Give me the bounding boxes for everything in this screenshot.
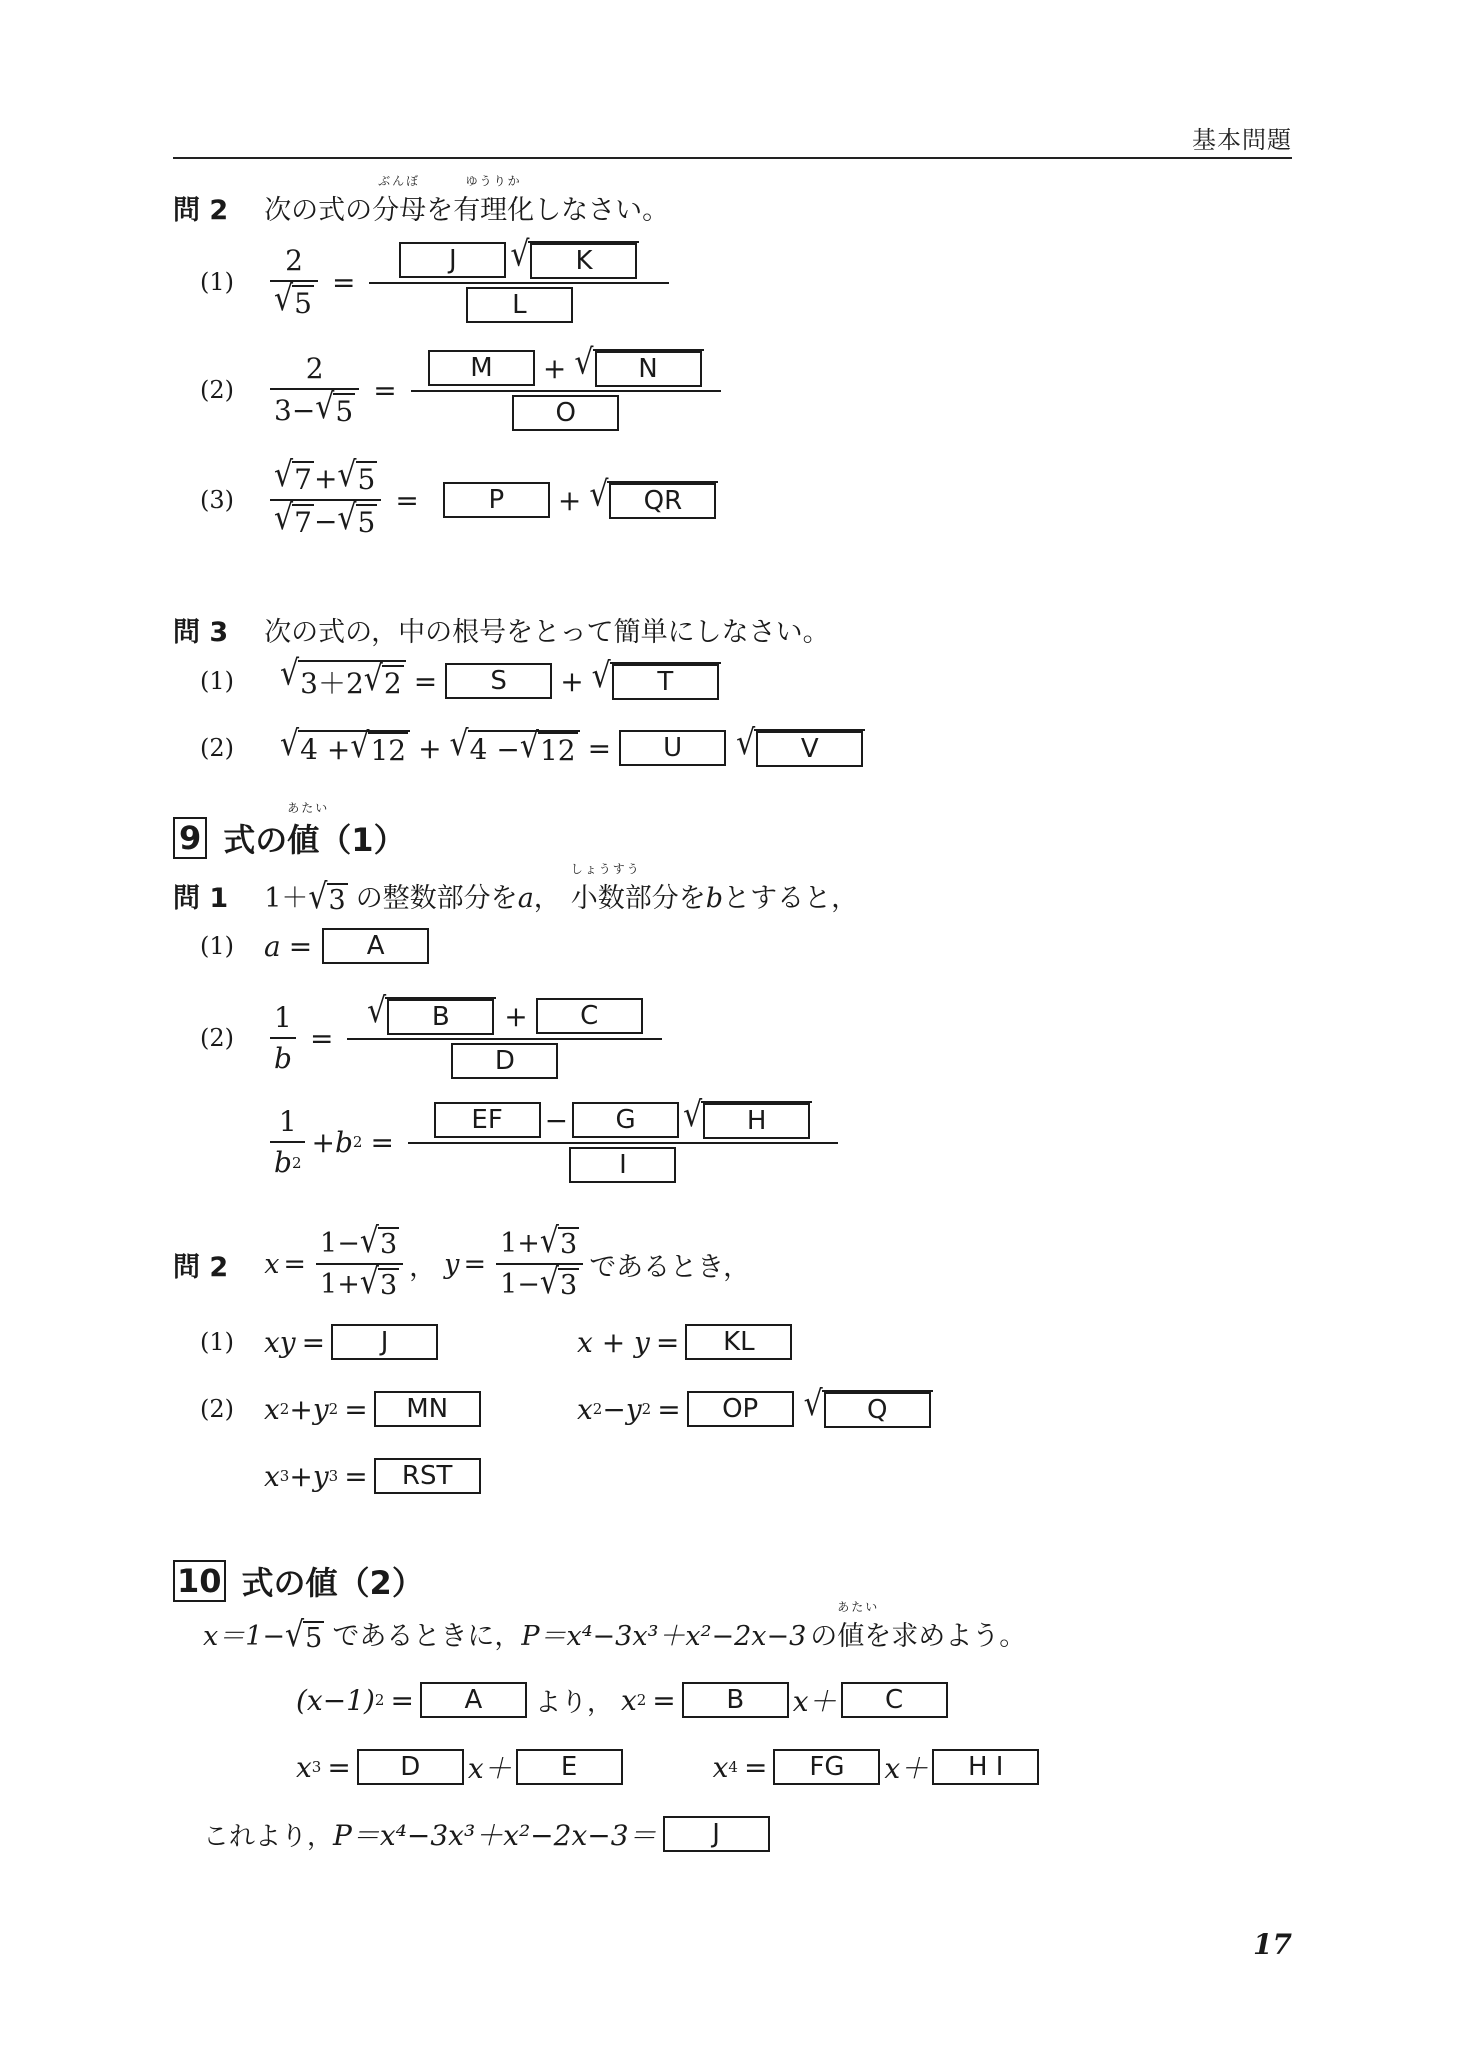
radical-icon: √ <box>308 881 327 919</box>
answer-box-T[interactable]: T <box>612 664 719 700</box>
radical-icon: √ <box>592 659 611 703</box>
answer-box-E[interactable]: E <box>516 1749 623 1785</box>
radicand: 3 <box>378 1227 399 1260</box>
answer-box-U[interactable]: U <box>619 730 726 766</box>
expression: (x−1) <box>296 1684 375 1717</box>
q3-item-1: (1) √3＋2√2 = S + √T <box>200 660 721 702</box>
comma: ， <box>409 1245 436 1284</box>
section-title: 式の <box>223 815 287 861</box>
radicand: 2 <box>382 665 404 700</box>
variable: b <box>706 883 723 914</box>
item-number: (2) <box>200 1395 264 1423</box>
ruby-text: ゆうりか <box>453 172 534 189</box>
section-number: 10 <box>173 1560 226 1602</box>
s10-intro: x＝1− √5 であるときに， P＝x⁴−3x³＋x²−2x−3 の あたい値 … <box>203 1614 1026 1654</box>
variable: a <box>264 930 281 963</box>
section-title: 値 <box>287 821 319 859</box>
radical-icon: √ <box>337 501 356 541</box>
numerator: 2 <box>281 244 307 277</box>
question-label: 問 2 <box>173 188 228 227</box>
expression: x＋ <box>468 1747 512 1787</box>
radicand: 3 <box>378 1268 399 1301</box>
expression: x + y <box>577 1326 650 1359</box>
plus-sign: + <box>560 665 583 698</box>
word: 小数 <box>571 883 625 914</box>
section-9-heading: 9 式の あたい値 （1） <box>173 815 406 861</box>
plus-sign: + <box>311 1126 334 1159</box>
denominator: b <box>270 1042 296 1075</box>
q3-item-2: (2) √4 + √12 + √4 − √12 = U √V <box>200 727 865 769</box>
radical-icon: √ <box>510 238 529 282</box>
answer-box-A[interactable]: A <box>322 928 429 964</box>
prompt-text: しなさい。 <box>534 188 669 227</box>
rhs-fraction: J√K L <box>369 241 669 323</box>
numerator-part: 1− <box>320 1228 360 1259</box>
prompt-text: より， <box>535 1682 613 1719</box>
fraction-bar <box>408 1142 838 1144</box>
variable: b <box>335 1126 353 1159</box>
answer-box-G[interactable]: G <box>572 1102 679 1138</box>
radical-icon: √ <box>589 478 608 522</box>
radical-icon: √ <box>683 1098 702 1142</box>
answer-box-OP[interactable]: OP <box>687 1391 794 1427</box>
radical-icon: √ <box>337 458 356 498</box>
radicand: 7 <box>292 504 314 539</box>
prompt-text: を求めよう。 <box>864 1614 1026 1653</box>
ruby-text: ぶんぼ <box>372 172 426 189</box>
answer-box-I[interactable]: I <box>569 1147 676 1183</box>
answer-box-S[interactable]: S <box>445 663 552 699</box>
fraction-bar <box>411 390 721 392</box>
fraction-bar <box>369 282 669 284</box>
item-number: (1) <box>200 1328 264 1356</box>
answer-box-C[interactable]: C <box>841 1682 948 1718</box>
section-title: （1） <box>319 815 405 861</box>
page-number: 17 <box>1253 1928 1292 1961</box>
answer-box-P[interactable]: P <box>443 482 550 518</box>
item-number: (1) <box>200 667 280 695</box>
s9-q2-item-1b: x + y= KL <box>577 1322 792 1362</box>
ruby-text: あたい <box>287 799 319 816</box>
prompt-text: 部分を <box>625 876 706 915</box>
question-label: 問 1 <box>173 876 228 915</box>
answer-box-V[interactable]: V <box>756 731 863 767</box>
radicand: 3 <box>558 1268 579 1301</box>
radicand: 7 <box>292 461 314 496</box>
minus-sign: − <box>545 1104 568 1137</box>
item-number: (1) <box>200 268 264 296</box>
q3-prompt: 問 3 次の式の，中の根号をとって簡単にしなさい。 <box>173 610 830 649</box>
answer-box-D[interactable]: D <box>357 1749 464 1785</box>
question-label: 問 3 <box>173 610 228 649</box>
radical-icon: √ <box>540 1225 559 1263</box>
plus-sign: + <box>558 484 581 517</box>
expression: x＋ <box>793 1680 837 1720</box>
operator: − <box>314 505 337 538</box>
ruby-text: しょうすう <box>571 860 625 877</box>
radical-icon: √ <box>315 390 334 430</box>
q2-prompt: 問 2 次の式の ぶんぼ分母 を ゆうりか有理化 しなさい。 <box>173 188 669 227</box>
section-number: 9 <box>173 817 207 859</box>
item-number: (3) <box>200 486 264 514</box>
variable: a <box>518 883 534 914</box>
radicand: 5 <box>356 461 378 496</box>
plus-sign: + <box>504 1000 527 1033</box>
radical-icon: √ <box>280 727 299 770</box>
answer-box-HI[interactable]: H I <box>932 1749 1039 1785</box>
sqrt: √5 <box>274 285 314 320</box>
prompt-text: であるとき， <box>589 1245 750 1284</box>
radical-icon: √ <box>360 1266 379 1304</box>
prompt-text: ， <box>534 876 561 915</box>
expression: x＋ <box>884 1747 928 1787</box>
s9-q2-item-2b: x2−y2= OP √Q <box>577 1389 933 1429</box>
word: 分母 <box>372 195 426 226</box>
radical-icon: √ <box>360 1225 379 1263</box>
prompt-text: 次の式の，中の根号をとって簡単にしなさい。 <box>264 610 829 649</box>
section-title: 式の値 <box>242 1558 338 1604</box>
radical-icon: √ <box>364 662 383 702</box>
prompt-text: を <box>426 188 453 227</box>
running-header: 基本問題 <box>1192 120 1292 155</box>
radical-icon: √ <box>804 1387 823 1431</box>
s9-q1-item-2: (2) 1 b = √B+C D <box>200 988 668 1088</box>
answer-box-J[interactable]: J <box>331 1324 438 1360</box>
answer-box-N[interactable]: N <box>595 351 702 387</box>
radicand: 5 <box>333 393 355 428</box>
answer-box-QR[interactable]: QR <box>609 483 716 519</box>
s9-q2-item-2: (2) x2+y2= MN <box>200 1389 481 1429</box>
section-10-heading: 10 式の値 （2） <box>173 1558 424 1604</box>
plus-sign: + <box>543 352 566 385</box>
answer-box-FG[interactable]: FG <box>773 1749 880 1785</box>
answer-box-H[interactable]: H <box>703 1103 810 1139</box>
math-text: x＝1− <box>203 1614 285 1653</box>
s9-q2-prompt: 問 2 x= 1−√3 1+√3 ， y= 1+√3 1−√3 であるとき， <box>173 1224 750 1304</box>
radical-icon: √ <box>274 458 293 498</box>
q2-item-2: (2) 2 3−√5 = M+√N O <box>200 340 727 440</box>
prompt-text: これより， <box>203 1816 333 1853</box>
question-label: 問 2 <box>173 1245 228 1284</box>
s10-row-3: これより， P＝x⁴−3x³＋x²−2x−3＝ J <box>203 1814 770 1854</box>
s9-q2-item-1: (1) xy= J <box>200 1322 438 1362</box>
radicand: 3 <box>327 883 348 916</box>
expression: P＝x⁴−3x³＋x²−2x−3＝ <box>333 1814 657 1854</box>
item-number: (2) <box>200 1024 264 1052</box>
denominator-part: 1− <box>500 1269 540 1300</box>
denominator-part: 3− <box>274 394 315 427</box>
expression: xy <box>264 1326 296 1359</box>
numerator-part: 1+ <box>500 1228 540 1259</box>
answer-box-K[interactable]: K <box>530 243 637 279</box>
section-title: （2） <box>338 1558 424 1604</box>
numerator: 2 <box>302 352 328 385</box>
answer-box-B[interactable]: B <box>682 1682 789 1718</box>
s9-q1-item-1: (1) a = A <box>200 926 429 966</box>
prompt-text: の整数部分を <box>356 876 518 915</box>
radicand: 12 <box>368 732 408 767</box>
radicand: 12 <box>538 732 578 767</box>
item-number: (1) <box>200 932 264 960</box>
radical-icon: √ <box>350 729 369 769</box>
variable: y <box>444 1249 459 1280</box>
answer-box-M[interactable]: M <box>428 350 535 386</box>
s9-q1-item-2b: 1 b2 +b2 = EF−G√H I <box>264 1092 844 1192</box>
answer-box-L[interactable]: L <box>466 287 573 323</box>
operator: + <box>314 462 337 495</box>
answer-box-A[interactable]: A <box>420 1682 527 1718</box>
radical-icon: √ <box>280 657 299 705</box>
prompt-text: の <box>810 1614 837 1653</box>
word: 値 <box>837 1621 864 1652</box>
denominator-part: 1+ <box>320 1269 360 1300</box>
answer-box-D[interactable]: D <box>451 1043 558 1079</box>
plus-sign: + <box>418 732 441 765</box>
radical-icon: √ <box>274 501 293 541</box>
radical-icon: √ <box>540 1266 559 1304</box>
header-rule <box>173 157 1292 159</box>
radical-icon: √ <box>450 727 469 770</box>
s9-q2-item-2c: x3+y3= RST <box>264 1456 481 1496</box>
answer-box-C[interactable]: C <box>536 998 643 1034</box>
radicand-part: 4 − <box>470 733 520 766</box>
q2-item-1: (1) 2 √5 = J√K L <box>200 236 675 328</box>
answer-box-RST[interactable]: RST <box>374 1458 481 1494</box>
radicand-part: 3＋2 <box>300 662 364 702</box>
answer-box-MN[interactable]: MN <box>374 1391 481 1427</box>
numerator: 1 <box>270 1001 296 1034</box>
radical-icon: √ <box>520 729 539 769</box>
prompt-text: であるときに， <box>332 1614 521 1653</box>
answer-box-Q[interactable]: Q <box>824 1392 931 1428</box>
item-number: (2) <box>200 376 264 404</box>
denominator: b <box>274 1146 292 1179</box>
radicand: 5 <box>303 1621 324 1654</box>
math-text: P＝x⁴−3x³＋x²−2x−3 <box>521 1614 806 1653</box>
fraction-bar <box>347 1038 662 1040</box>
radical-icon: √ <box>736 726 755 770</box>
prompt-text: とすると， <box>723 876 858 915</box>
ruby-word: ぶんぼ分母 <box>372 188 426 227</box>
radicand: 5 <box>292 285 314 320</box>
fraction-bar <box>270 1037 296 1039</box>
radical-icon: √ <box>285 1619 304 1657</box>
q2-item-3: (3) √7+√5 √7−√5 = P + √QR <box>200 455 718 545</box>
answer-box-O[interactable]: O <box>512 395 619 431</box>
radicand: 3 <box>558 1227 579 1260</box>
radical-icon: √ <box>367 994 386 1038</box>
numerator: 1 <box>275 1105 301 1138</box>
fraction-bar <box>270 1141 305 1143</box>
word: 有理化 <box>453 195 534 226</box>
answer-box-J[interactable]: J <box>399 242 506 278</box>
answer-box-EF[interactable]: EF <box>434 1102 541 1138</box>
answer-box-J[interactable]: J <box>663 1816 770 1852</box>
ruby-text: あたい <box>837 1598 864 1615</box>
prompt-text: 次の式の <box>264 188 372 227</box>
item-number: (2) <box>200 734 280 762</box>
answer-box-KL[interactable]: KL <box>685 1324 792 1360</box>
answer-box-B[interactable]: B <box>387 999 494 1035</box>
s9-q1-prompt: 問 1 1＋ √3 の整数部分を a ， しょうすう小数 部分を b とすると， <box>173 876 858 916</box>
lhs-fraction: 2 √5 <box>270 244 318 320</box>
variable: x <box>264 1249 279 1280</box>
radical-icon: √ <box>574 346 593 390</box>
math-text: 1＋ <box>264 876 308 915</box>
radical-icon: √ <box>274 282 293 322</box>
ruby-word: ゆうりか有理化 <box>453 188 534 227</box>
s10-row-2: x3= D x＋ E x4= FG x＋ H I <box>296 1747 1039 1787</box>
radicand: 5 <box>356 504 378 539</box>
s10-row-1: (x−1)2= A より， x2= B x＋ C <box>296 1680 948 1720</box>
radicand-part: 4 + <box>300 733 350 766</box>
